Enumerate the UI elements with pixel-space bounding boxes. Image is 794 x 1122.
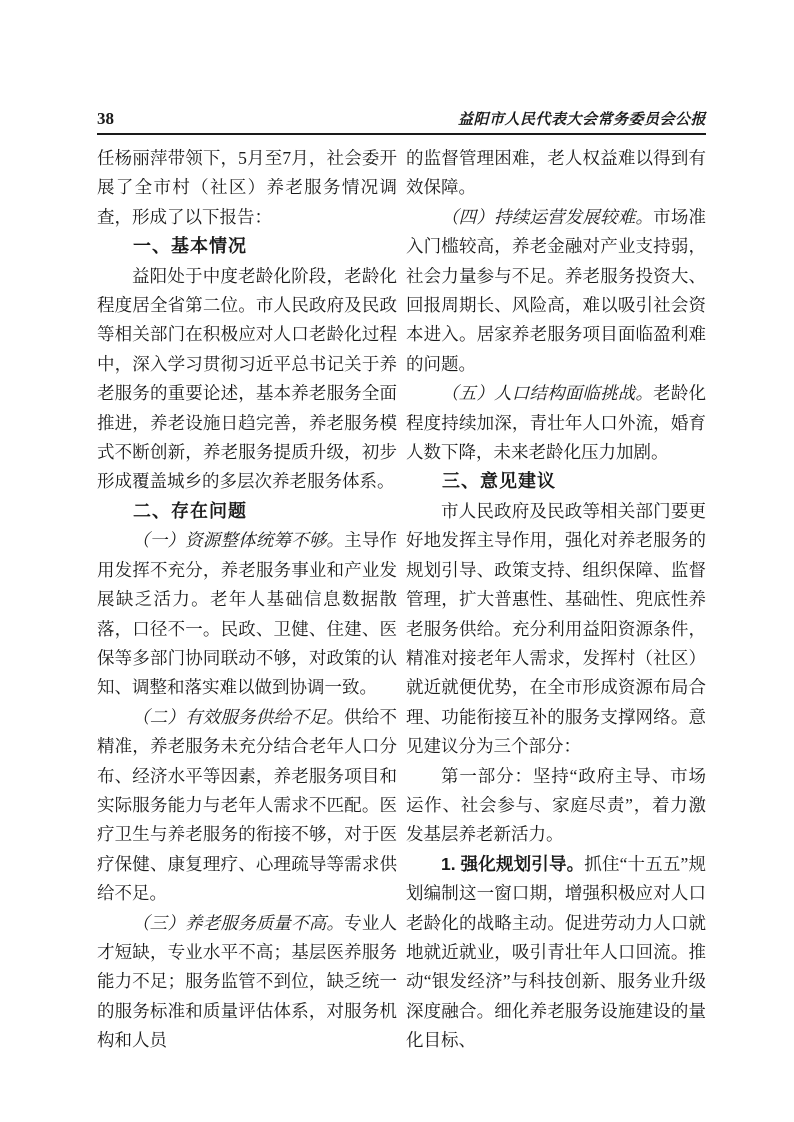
problem-item-3-text: 专业人才短缺，专业水平不高；基层医养服务能力不足；服务监管不到位，缺乏统一的服务… <box>97 913 397 1051</box>
section-heading-problems: 二、存在问题 <box>97 497 397 526</box>
page-number: 38 <box>97 109 114 129</box>
problem-item-1-text: 主导作用发挥不充分，养老服务事业和产业发展缺乏活力。老年人基础信息数据散落，口径… <box>97 530 397 697</box>
problem-item-4-lead: （四）持续运营发展较难。 <box>441 207 653 227</box>
page-header: 38 益阳市人民代表大会常务委员会公报 <box>97 108 706 135</box>
problem-item-2: （二）有效服务供给不足。供给不精准，养老服务未充分结合老年人口分布、经济水平等因… <box>97 703 397 909</box>
paragraph-part-one: 第一部分：坚持“政府主导、市场运作、社会参与、家庭尽责”，着力激发基层养老新活力… <box>406 762 706 850</box>
problem-item-4: （四）持续运营发展较难。市场准入门槛较高，养老金融对产业支持弱，社会力量参与不足… <box>406 203 706 379</box>
suggestion-point-1-lead: 1. 强化规划引导。 <box>441 854 584 874</box>
paragraph-intro-continuation: 任杨丽萍带领下，5月至7月，社会委开展了全市村（社区）养老服务情况调查，形成了以… <box>97 144 397 232</box>
right-column: 的监督管理困难，老人权益难以得到有效保障。 （四）持续运营发展较难。市场准入门槛… <box>406 144 706 1056</box>
problem-item-5-lead: （五）人口结构面临挑战。 <box>441 383 653 403</box>
problem-item-2-lead: （二）有效服务供给不足。 <box>132 707 344 727</box>
problem-item-1: （一）资源整体统筹不够。主导作用发挥不充分，养老服务事业和产业发展缺乏活力。老年… <box>97 526 397 702</box>
section-heading-basic-situation: 一、基本情况 <box>97 232 397 261</box>
problem-item-2-text: 供给不精准，养老服务未充分结合老年人口分布、经济水平等因素，养老服务项目和实际服… <box>97 707 397 903</box>
section-heading-suggestions: 三、意见建议 <box>406 467 706 496</box>
problem-item-3-continuation: 的监督管理困难，老人权益难以得到有效保障。 <box>406 144 706 203</box>
suggestion-point-1: 1. 强化规划引导。抓住“十五五”规划编制这一窗口期，增强积极应对人口老龄化的战… <box>406 850 706 1056</box>
problem-item-3-lead: （三）养老服务质量不高。 <box>132 913 344 933</box>
problem-item-5: （五）人口结构面临挑战。老龄化程度持续加深，青壮年人口外流，婚育人数下降，未来老… <box>406 379 706 467</box>
problem-item-1-lead: （一）资源整体统筹不够。 <box>132 530 344 550</box>
problem-item-3: （三）养老服务质量不高。专业人才短缺，专业水平不高；基层医养服务能力不足；服务监… <box>97 909 397 1056</box>
two-column-body: 任杨丽萍带领下，5月至7月，社会委开展了全市村（社区）养老服务情况调查，形成了以… <box>97 144 706 1056</box>
paragraph-suggestions-overview: 市人民政府及民政等相关部门要更好地发挥主导作用，强化对养老服务的规划引导、政策支… <box>406 497 706 762</box>
problem-item-4-text: 市场准入门槛较高，养老金融对产业支持弱，社会力量参与不足。养老服务投资大、回报周… <box>406 207 706 374</box>
bulletin-page: 38 益阳市人民代表大会常务委员会公报 任杨丽萍带领下，5月至7月，社会委开展了… <box>0 0 794 1122</box>
paragraph-basic-situation: 益阳处于中度老龄化阶段，老龄化程度居全省第二位。市人民政府及民政等相关部门在积极… <box>97 262 397 497</box>
publication-title: 益阳市人民代表大会常务委员会公报 <box>458 108 706 129</box>
suggestion-point-1-text: 抓住“十五五”规划编制这一窗口期，增强积极应对人口老龄化的战略主动。促进劳动力人… <box>406 854 706 1050</box>
left-column: 任杨丽萍带领下，5月至7月，社会委开展了全市村（社区）养老服务情况调查，形成了以… <box>97 144 397 1056</box>
